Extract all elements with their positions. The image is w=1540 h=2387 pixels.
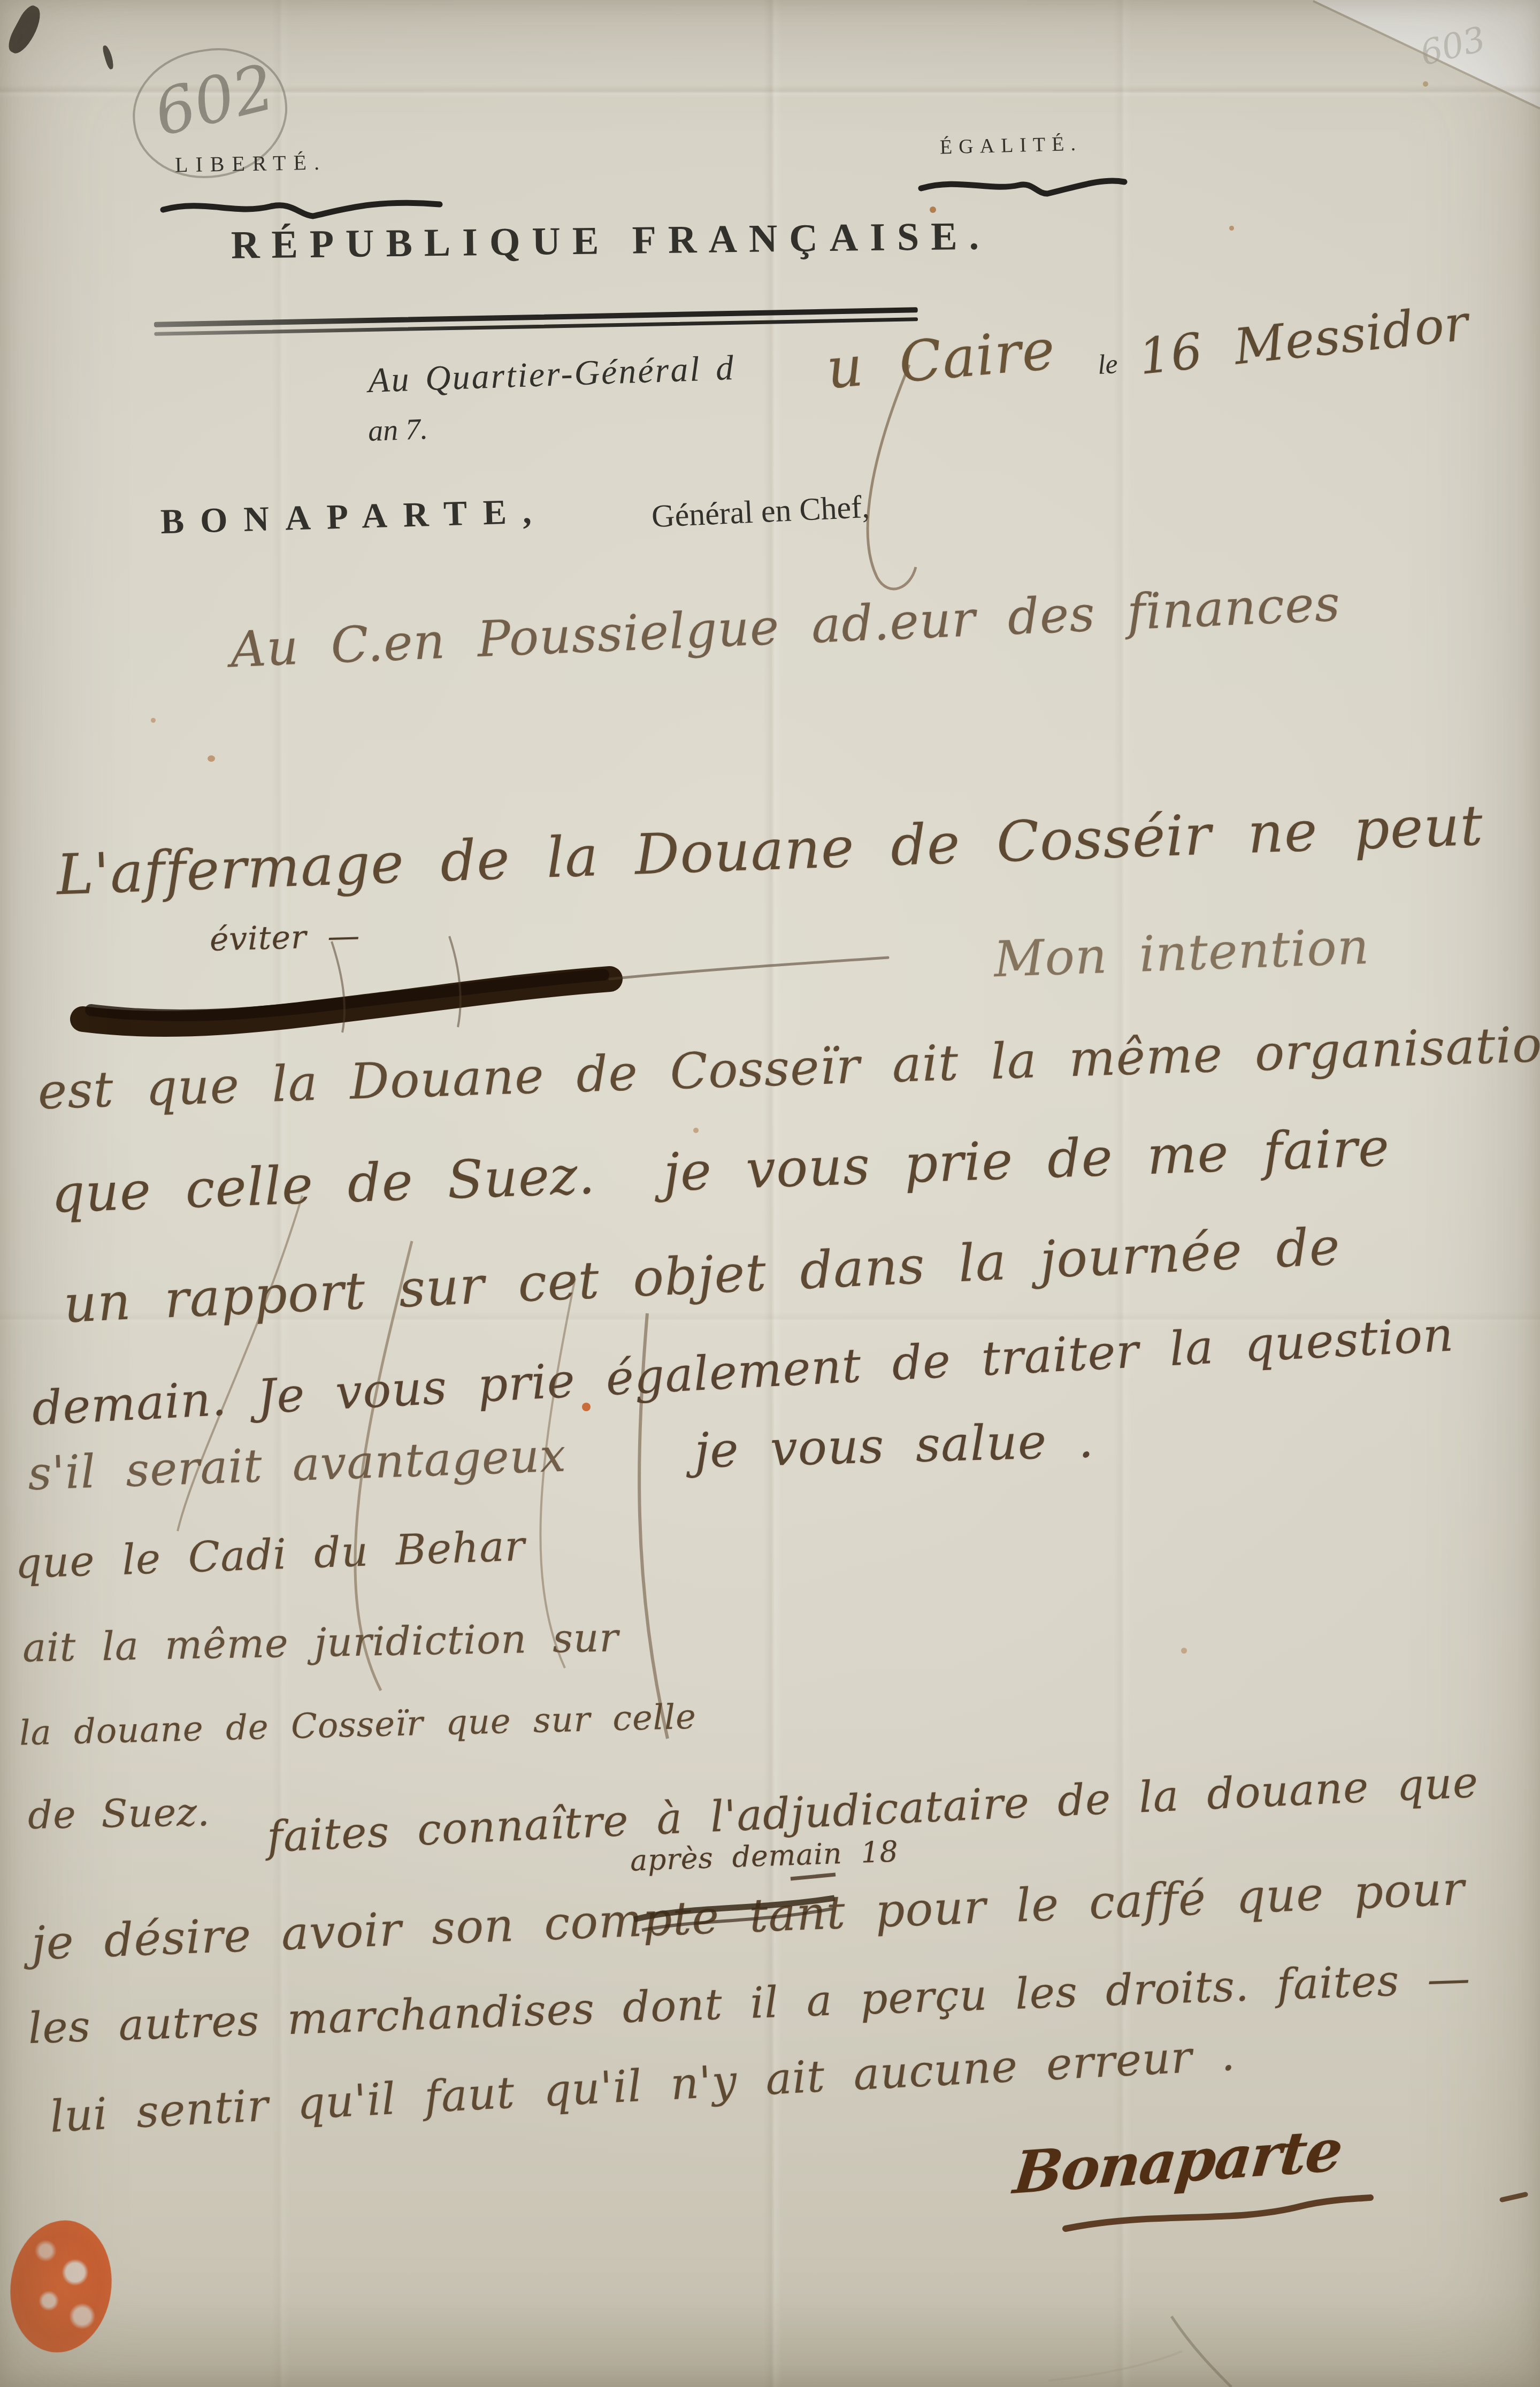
foxing-spot	[1229, 226, 1234, 231]
handwritten-date: 16 Messidor	[1136, 294, 1471, 386]
foxing-spot	[151, 718, 156, 723]
hw-line-8: je désire avoir son compte tant pour le …	[30, 1862, 1466, 1971]
letterhead-egalite: ÉGALITÉ.	[939, 132, 1082, 159]
foxing-spot	[1423, 81, 1428, 87]
hw-margin-3: la douane de Cosseïr que sur celle	[19, 1697, 696, 1754]
letterhead-place-line: Au Quartier-Général d	[367, 348, 735, 401]
letterhead-republique: RÉPUBLIQUE FRANÇAISE.	[231, 213, 991, 268]
foxing-spot	[1181, 1648, 1187, 1654]
egalite-ornament	[921, 181, 1124, 194]
author-name: BONAPARTE,	[160, 491, 548, 542]
hw-salutation: Au C.en Poussielgue ad.eur des finances	[229, 575, 1342, 679]
foxing-spot	[208, 755, 215, 762]
liberte-ornament	[163, 203, 440, 216]
foxing-spot	[930, 206, 936, 213]
foxing-spot	[693, 1128, 699, 1133]
signature-bonaparte: Bonaparte	[1010, 2116, 1345, 2207]
hw-margin-4: de Suez.	[27, 1789, 210, 1838]
hw-line-9: les autres marchandises dont il a perçu …	[27, 1953, 1471, 2053]
interlinear-underline	[791, 1875, 836, 1879]
manuscript-page: 602 603 LIBERTÉ. ÉGALITÉ. RÉPUBLIQUE FRA…	[0, 0, 1540, 2387]
signature-paraph-dash	[1502, 2194, 1526, 2200]
hw-line-10: lui sentir qu'il faut qu'il n'y ait aucu…	[49, 2030, 1237, 2143]
pen-flourish	[868, 365, 916, 589]
hw-line-6: s'il serait avantageux	[27, 1428, 568, 1501]
hw-line-3: que celle de Suez. je vous prie de me fa…	[50, 1117, 1391, 1225]
edge-ink-mark	[4, 3, 47, 58]
signature-paraph	[1066, 2198, 1370, 2229]
hw-insert-eviter: éviter —	[209, 917, 361, 958]
orange-wax-stamp	[2, 2214, 120, 2359]
double-rule	[154, 307, 918, 338]
ink-strikethrough	[91, 975, 603, 1015]
hw-line-2: est que la Douane de Cosseïr ait la même…	[37, 1015, 1540, 1120]
strikethrough-tail	[610, 958, 888, 979]
author-title: Général en Chef,	[651, 488, 871, 535]
hw-margin-1: que le Cadi du Behar	[14, 1522, 526, 1588]
struck-text-trace	[449, 936, 461, 1027]
letterhead-le: le	[1097, 348, 1118, 381]
letterhead-liberte: LIBERTÉ.	[175, 150, 327, 178]
hw-mon-intention: Mon intention	[993, 918, 1370, 988]
edge-ink-mark	[102, 44, 115, 70]
hw-closing: je vous salue .	[694, 1412, 1095, 1479]
hw-margin-2: ait la même juridiction sur	[22, 1615, 619, 1671]
letterhead-an7: an 7.	[367, 412, 428, 448]
handwritten-place: u Caire	[824, 317, 1058, 402]
foxing-spot	[582, 1403, 591, 1411]
ink-strikethrough	[83, 979, 610, 1024]
paper-crack	[1171, 2316, 1231, 2387]
